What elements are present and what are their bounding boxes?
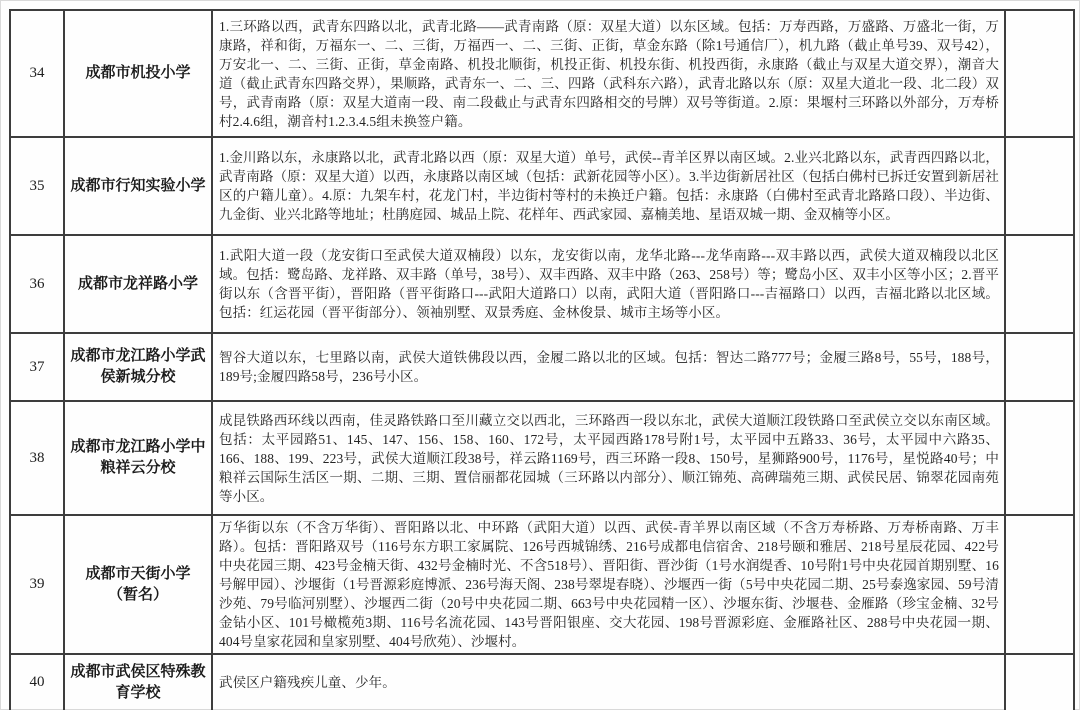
school-name-cell: 成都市机投小学 xyxy=(64,10,212,137)
row-number-cell: 35 xyxy=(10,137,64,235)
row-number-cell: 36 xyxy=(10,235,64,333)
table-row: 37 成都市龙江路小学武 侯新城分校 智谷大道以东，七里路以南，武侯大道铁佛段以… xyxy=(10,333,1074,401)
row-number-cell: 38 xyxy=(10,401,64,515)
school-district-table: 34 成都市机投小学 1.三环路以西，武青东四路以北，武青北路——武青南路（原：… xyxy=(9,9,1075,710)
school-name-cell: 成都市武侯区特殊教 育学校 xyxy=(64,654,212,710)
note-cell xyxy=(1005,654,1074,710)
row-number-cell: 34 xyxy=(10,10,64,137)
school-name-cell: 成都市行知实验小学 xyxy=(64,137,212,235)
school-name-cell: 成都市天街小学 （暂名） xyxy=(64,515,212,654)
note-cell xyxy=(1005,10,1074,137)
table-row: 38 成都市龙江路小学中 粮祥云分校 成昆铁路西环线以西南，佳灵路铁路口至川藏立… xyxy=(10,401,1074,515)
table-row: 34 成都市机投小学 1.三环路以西，武青东四路以北，武青北路——武青南路（原：… xyxy=(10,10,1074,137)
note-cell xyxy=(1005,137,1074,235)
note-cell xyxy=(1005,235,1074,333)
table-row: 39 成都市天街小学 （暂名） 万华街以东（不含万华街）、晋阳路以北、中环路（武… xyxy=(10,515,1074,654)
note-cell xyxy=(1005,333,1074,401)
row-number-cell: 40 xyxy=(10,654,64,710)
district-description-cell: 成昆铁路西环线以西南，佳灵路铁路口至川藏立交以西北，三环路西一段以东北，武侯大道… xyxy=(212,401,1005,515)
district-description-cell: 万华街以东（不含万华街）、晋阳路以北、中环路（武阳大道）以西、武侯-青羊界以南区… xyxy=(212,515,1005,654)
school-name-cell: 成都市龙江路小学中 粮祥云分校 xyxy=(64,401,212,515)
table-row: 40 成都市武侯区特殊教 育学校 武侯区户籍残疾儿童、少年。 xyxy=(10,654,1074,710)
district-description-cell: 智谷大道以东，七里路以南，武侯大道铁佛段以西，金履二路以北的区域。包括：智达二路… xyxy=(212,333,1005,401)
note-cell xyxy=(1005,401,1074,515)
school-name-cell: 成都市龙祥路小学 xyxy=(64,235,212,333)
district-description-cell: 1.武阳大道一段（龙安街口至武侯大道双楠段）以东，龙安街以南，龙华北路---龙华… xyxy=(212,235,1005,333)
row-number-cell: 39 xyxy=(10,515,64,654)
note-cell xyxy=(1005,515,1074,654)
table-row: 35 成都市行知实验小学 1.金川路以东，永康路以北，武青北路以西（原：双星大道… xyxy=(10,137,1074,235)
district-description-cell: 1.三环路以西，武青东四路以北，武青北路——武青南路（原：双星大道）以东区域。包… xyxy=(212,10,1005,137)
row-number-cell: 37 xyxy=(10,333,64,401)
table-row: 36 成都市龙祥路小学 1.武阳大道一段（龙安街口至武侯大道双楠段）以东，龙安街… xyxy=(10,235,1074,333)
district-description-cell: 1.金川路以东，永康路以北，武青北路以西（原：双星大道）单号，武侯--青羊区界以… xyxy=(212,137,1005,235)
district-description-cell: 武侯区户籍残疾儿童、少年。 xyxy=(212,654,1005,710)
school-name-cell: 成都市龙江路小学武 侯新城分校 xyxy=(64,333,212,401)
document-page: 34 成都市机投小学 1.三环路以西，武青东四路以北，武青北路——武青南路（原：… xyxy=(0,0,1080,710)
